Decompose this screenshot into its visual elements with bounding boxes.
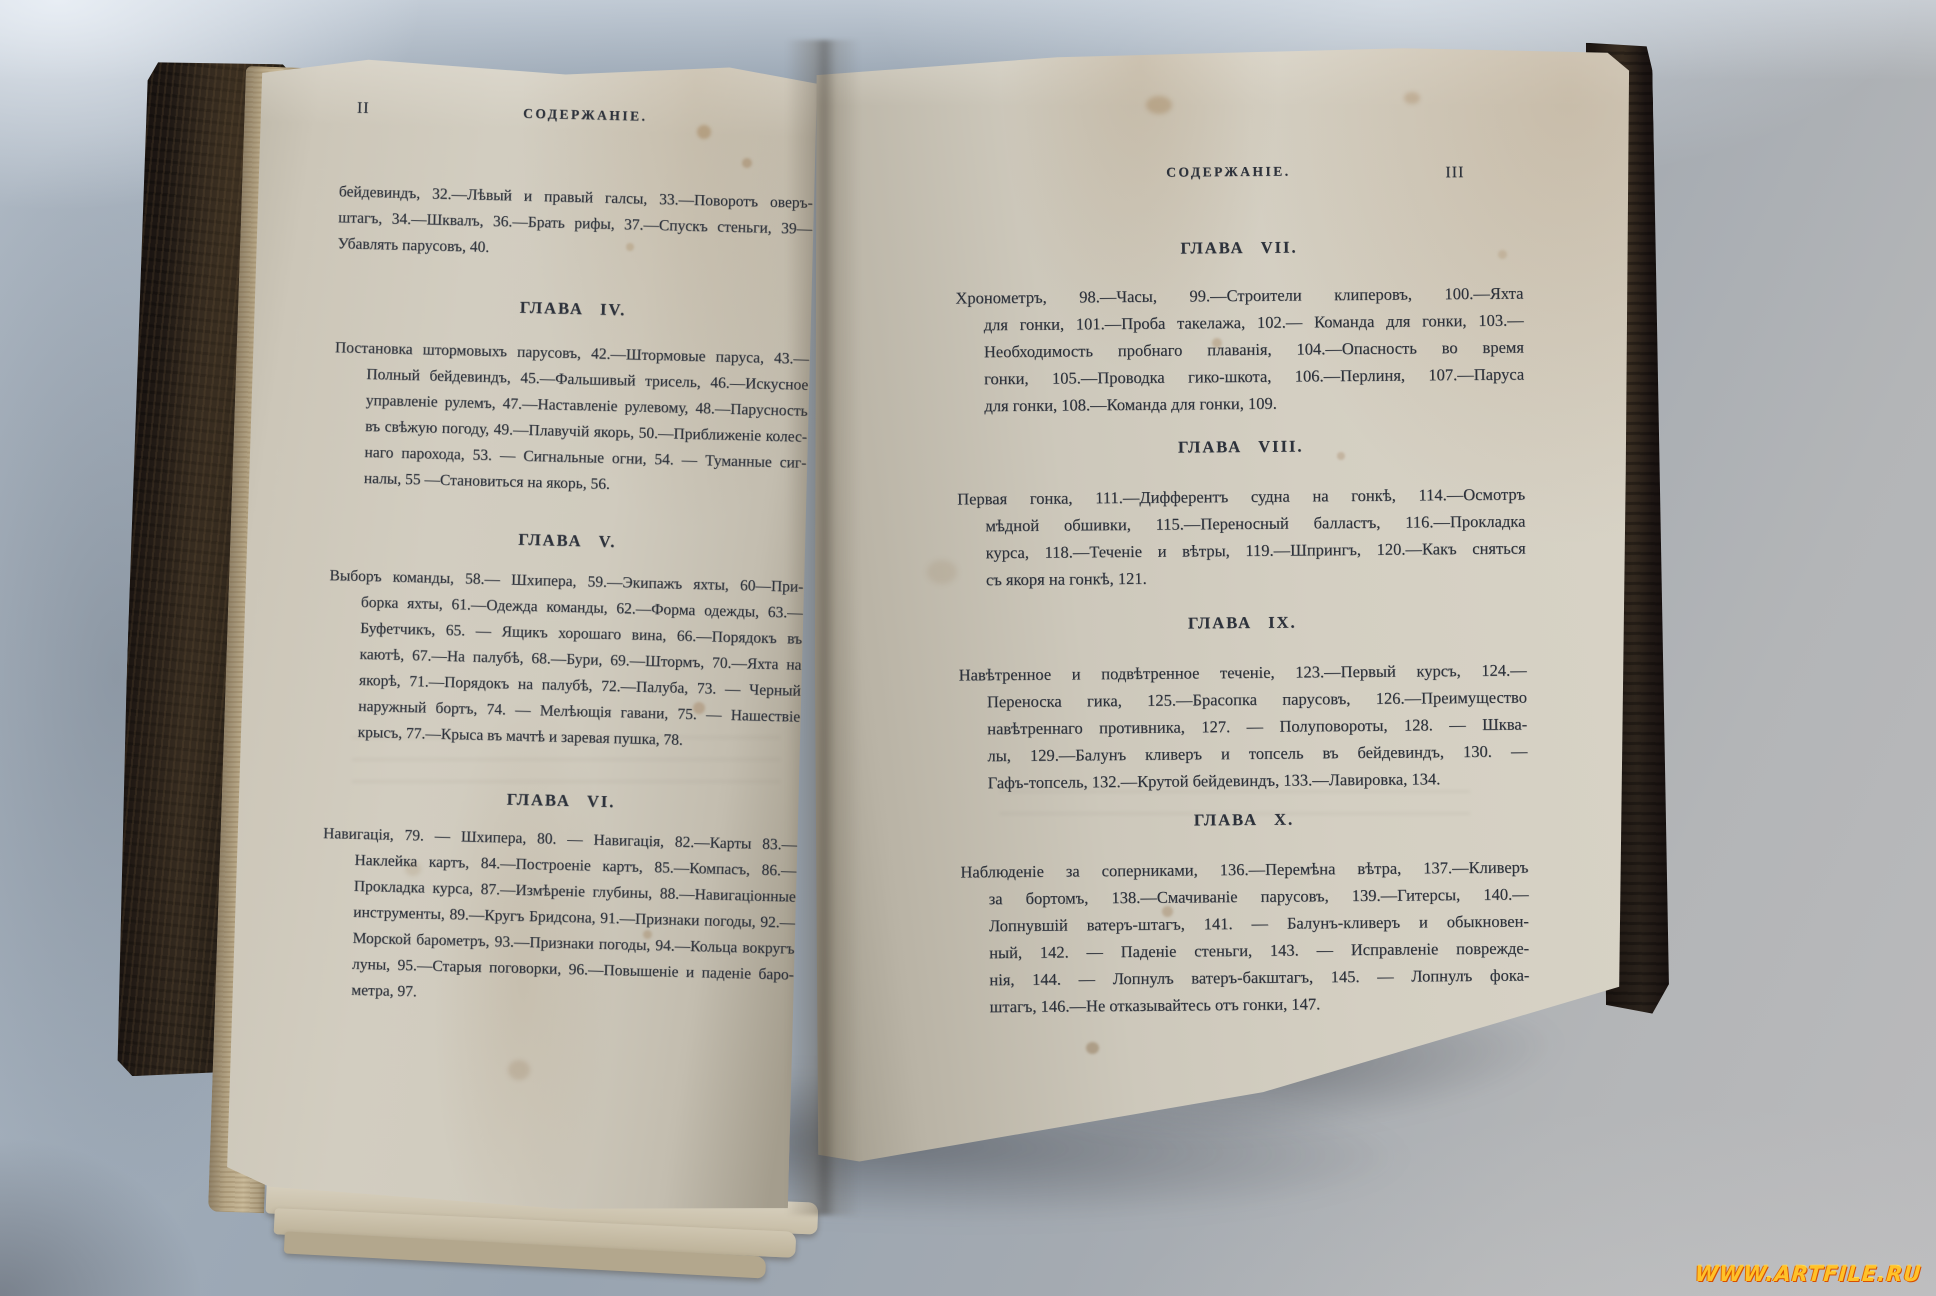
- toc-paragraph-x: Наблюденіе за соперниками, 136.—Перемѣна…: [960, 854, 1529, 1021]
- left-page-text: II СОДЕРЖАНІЕ. бейдевиндъ, 32.—Лѣвый и п…: [319, 99, 815, 1014]
- toc-line: нія, 144. — Лопнулъ ватеръ-бакштагъ, 145…: [961, 962, 1529, 994]
- toc-line: лы, 129.—Балунъ кливеръ и топсель въ бей…: [959, 738, 1527, 770]
- toc-paragraph-vii: Хронометръ, 98.—Часы, 99.—Строители клип…: [955, 280, 1524, 420]
- right-page-text: СОДЕРЖАНІЕ. III ГЛАВА VII. Хронометръ, 9…: [954, 162, 1529, 1021]
- page-number-left: II: [357, 100, 370, 118]
- toc-line: штагъ, 146.—Не отказывайтесь отъ гонки, …: [962, 989, 1530, 1021]
- chapter-heading-x: ГЛАВА X.: [960, 808, 1528, 833]
- page-header-right: СОДЕРЖАНІЕ. III: [954, 162, 1522, 191]
- running-title-left: СОДЕРЖАНІЕ.: [523, 106, 648, 125]
- open-book: II СОДЕРЖАНІЕ. бейдевиндъ, 32.—Лѣвый и п…: [0, 0, 1936, 1296]
- left-page: II СОДЕРЖАНІЕ. бейдевиндъ, 32.—Лѣвый и п…: [224, 52, 820, 1217]
- chapter-heading-vi: ГЛАВА VI.: [324, 785, 798, 817]
- toc-line: курса, 118.—Теченіе и вѣтры, 119.—Шпринг…: [958, 535, 1526, 567]
- toc-paragraph-iv: Постановка штормовыхъ парусовъ, 42.—Штор…: [332, 335, 810, 503]
- toc-paragraph-vi: Навигація, 79. — Шхипера, 80. — Навигаці…: [319, 821, 797, 1015]
- toc-line: съ якоря на гонкѣ, 121.: [958, 562, 1526, 594]
- right-page: СОДЕРЖАНІЕ. III ГЛАВА VII. Хронометръ, 9…: [810, 46, 1634, 1166]
- chapter-heading-ix: ГЛАВА IX.: [958, 611, 1526, 636]
- toc-paragraph-ix: Навѣтренное и подвѣтренное теченіе, 123.…: [959, 657, 1528, 797]
- chapter-heading-v: ГЛАВА V.: [330, 525, 804, 557]
- running-title-right: СОДЕРЖАНІЕ.: [1166, 164, 1291, 181]
- page-header-left: II СОДЕРЖАНІЕ.: [341, 99, 815, 135]
- chapter-heading-vii: ГЛАВА VII.: [955, 236, 1523, 261]
- toc-paragraph-v: Выборъ команды, 58.— Шхипера, 59.—Экипаж…: [325, 563, 803, 757]
- toc-line: для гонки, 108.—Команда для гонки, 109.: [956, 388, 1524, 420]
- chapter-heading-iv: ГЛАВА IV.: [336, 293, 810, 325]
- page-number-right: III: [1445, 164, 1464, 182]
- watermark: WWW.ARTFILE.RU: [1695, 1262, 1923, 1286]
- toc-paragraph-viii: Первая гонка, 111.—Дифферентъ судна на г…: [957, 481, 1526, 594]
- photo-backdrop: II СОДЕРЖАНІЕ. бейдевиндъ, 32.—Лѣвый и п…: [0, 0, 1936, 1296]
- toc-line: гонки, 105.—Проводка гико-шкота, 106.—Пе…: [956, 361, 1524, 393]
- toc-paragraph-continuation: бейдевиндъ, 32.—Лѣвый и правый галсы, 33…: [337, 179, 813, 269]
- toc-line: Гафъ-топсель, 132.—Крутой бейдевиндъ, 13…: [960, 765, 1528, 797]
- chapter-heading-viii: ГЛАВА VIII.: [957, 435, 1525, 460]
